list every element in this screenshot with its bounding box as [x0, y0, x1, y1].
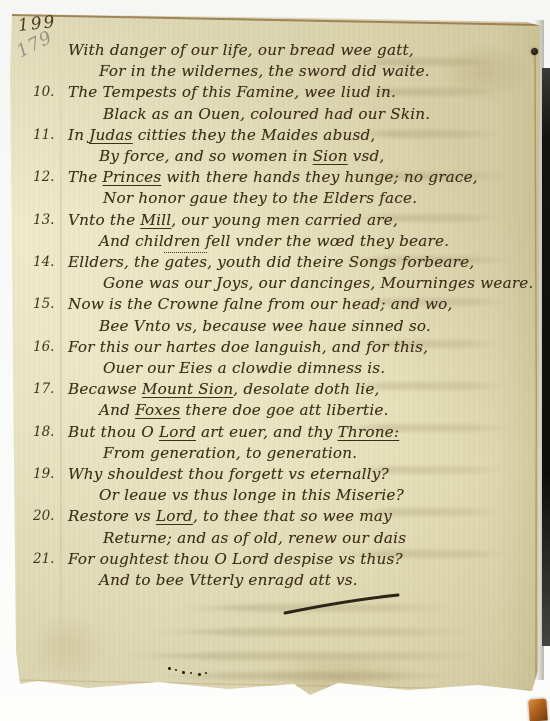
verse-text: With danger of our life, our bread wee g…: [68, 41, 414, 59]
end-flourish: [285, 595, 398, 613]
verse-lines: In Judas citties they the Maides abusd,B…: [68, 125, 504, 167]
verse-lines: Now is the Crowne falne from our head; a…: [68, 294, 504, 336]
verse-text: By force, and so women in: [99, 147, 313, 165]
verse-text: Bee Vnto vs, because wee haue sinned so.: [99, 317, 431, 335]
verse-number: 12.: [24, 167, 68, 188]
verse-text: art euer, and thy: [196, 423, 338, 441]
verse-text: In: [68, 126, 89, 144]
ghost-stroke: [148, 628, 478, 636]
verse-line-1: Ellders, the gates, youth did theire Son…: [68, 252, 534, 273]
verse-text: Nor honor gaue they to the Elders face.: [103, 189, 417, 207]
verse-number: 13.: [24, 210, 68, 231]
ghost-stroke: [178, 604, 458, 612]
verse-line-2: And Foxes there doe goe att libertie.: [99, 400, 504, 421]
verse-line-1: For this our hartes doe languish, and fo…: [68, 337, 504, 358]
verse-lines: Vnto the Mill, our young men carried are…: [68, 210, 504, 252]
paper-stain: [258, 652, 418, 702]
verse-lines: The Tempests of this Famine, wee liud in…: [68, 82, 504, 124]
ghost-stroke: [158, 672, 458, 680]
ink-speck: [198, 673, 201, 676]
ink-speck: [175, 669, 177, 671]
verse-lines: Becawse Mount Sion, desolate doth lie,An…: [68, 379, 504, 421]
wormhole-dot: [531, 48, 538, 55]
verse-row: 10.The Tempests of this Famine, wee liud…: [24, 82, 504, 124]
verse-row: 15.Now is the Crowne falne from our head…: [24, 294, 504, 336]
underlined-word: gates: [165, 253, 208, 271]
verse-number: 11.: [24, 125, 68, 146]
underlined-word: Mount Sion: [142, 380, 233, 398]
verse-text: vsd,: [348, 147, 385, 165]
verse-lines: For oughtest thou O Lord despise vs thus…: [68, 549, 504, 591]
verse-line-1: In Judas citties they the Maides abusd,: [68, 125, 504, 146]
verse-row: 11.In Judas citties they the Maides abus…: [24, 125, 504, 167]
verse-lines: Ellders, the gates, youth did theire Son…: [68, 252, 534, 294]
verse-text: , desolate doth lie,: [233, 380, 379, 398]
verse-text: But thou O: [68, 423, 159, 441]
verse-number: 19.: [24, 464, 68, 485]
verse-row: 18.But thou O Lord art euer, and thy Thr…: [24, 422, 504, 464]
verse-text: Returne; and as of old, renew our dais: [103, 529, 406, 547]
verse-lines: Restore vs Lord, to thee that so wee may…: [68, 506, 504, 548]
underlined-word: Judas: [89, 126, 132, 144]
verse-line-2: Or leaue vs thus longe in this Miserie?: [99, 485, 504, 506]
verse-lines: With danger of our life, our bread wee g…: [68, 40, 504, 82]
verse-line-1: With danger of our life, our bread wee g…: [68, 40, 504, 61]
ghost-stroke: [118, 652, 488, 660]
verse-line-2: Bee Vnto vs, because wee haue sinned so.: [99, 316, 504, 337]
verse-line-2: Black as an Ouen, coloured had our Skin.: [103, 104, 504, 125]
verse-row: 19.Why shouldest thou forgett vs eternal…: [24, 464, 504, 506]
verse-line-1: The Tempests of this Famine, wee liud in…: [68, 82, 504, 103]
verse-row: 21.For oughtest thou O Lord despise vs t…: [24, 549, 504, 591]
binding-gap: [542, 68, 550, 646]
verse-line-1: Becawse Mount Sion, desolate doth lie,: [68, 379, 504, 400]
verse-row: 13.Vnto the Mill, our young men carried …: [24, 210, 504, 252]
verse-line-2: Gone was our Joys, our dancinges, Mourni…: [103, 273, 534, 294]
ink-speck: [205, 672, 207, 674]
verse-text: For oughtest thou O Lord despise vs thus…: [68, 550, 403, 568]
bottom-edge-line: [16, 680, 530, 690]
verse-text: citties they the Maides abusd,: [133, 126, 376, 144]
verse-number: 16.: [24, 337, 68, 358]
verse-text: The: [68, 168, 103, 186]
binding-leather: [528, 698, 547, 721]
verse-line-1: Now is the Crowne falne from our head; a…: [68, 294, 504, 315]
verse-row: 12.The Princes with there hands they hun…: [24, 167, 504, 209]
paper-stain: [28, 612, 108, 682]
verse-line-1: For oughtest thou O Lord despise vs thus…: [68, 549, 504, 570]
fore-edge-line: [535, 48, 536, 680]
verse-row: 17.Becawse Mount Sion, desolate doth lie…: [24, 379, 504, 421]
underlined-word: Foxes: [135, 401, 180, 419]
verse-text: Black as an Ouen, coloured had our Skin.: [103, 105, 430, 123]
verse-text: Ellders, the: [68, 253, 165, 271]
verse-line-1: Why shouldest thou forgett vs eternally?: [68, 464, 504, 485]
verse-line-1: Restore vs Lord, to thee that so wee may: [68, 506, 504, 527]
verse-text: Ouer our Eies a clowdie dimness is.: [103, 359, 385, 377]
verse-text: , to thee that so wee may: [193, 507, 392, 525]
verse-text: Why shouldest thou forgett vs eternally?: [68, 465, 389, 483]
verse-text: For in the wildernes, the sword did wait…: [99, 62, 430, 80]
underlined-word: Lord: [156, 507, 193, 525]
verse-line-2: Returne; and as of old, renew our dais: [103, 528, 504, 549]
verse-number: 14.: [24, 252, 68, 273]
verse-line-2: And children fell vnder the wœd they bea…: [99, 231, 504, 252]
verse-text: The Tempests of this Famine, wee liud in…: [68, 83, 396, 101]
verse-text: there doe goe att libertie.: [180, 401, 388, 419]
ink-speck: [190, 672, 192, 674]
verse-line-2: For in the wildernes, the sword did wait…: [99, 61, 504, 82]
verse-lines: Why shouldest thou forgett vs eternally?…: [68, 464, 504, 506]
verse-lines: For this our hartes doe languish, and fo…: [68, 337, 504, 379]
ink-speck: [182, 671, 185, 674]
underlined-word: Sion: [313, 147, 348, 165]
verse-text: Or leaue vs thus longe in this Miserie?: [99, 486, 404, 504]
verse-line-1: The Princes with there hands they hunge;…: [68, 167, 504, 188]
verse-number: 18.: [24, 422, 68, 443]
verse-line-1: But thou O Lord art euer, and thy Throne…: [68, 422, 504, 443]
verse-line-1: Vnto the Mill, our young men carried are…: [68, 210, 504, 231]
verse-text: For this our hartes doe languish, and fo…: [68, 338, 428, 356]
verse-text: Becawse: [68, 380, 142, 398]
verse-text: And children fell vnder the wœd they bea…: [99, 232, 449, 250]
verse-text: Now is the Crowne falne from our head; a…: [68, 295, 453, 313]
verse-number: 15.: [24, 294, 68, 315]
underlined-word: Princes: [103, 168, 162, 186]
verse-text: , youth did theire Songs forbeare,: [207, 253, 474, 271]
verse-number: 21.: [24, 549, 68, 570]
underlined-word: Lord: [159, 423, 196, 441]
verse-row: With danger of our life, our bread wee g…: [24, 40, 504, 82]
verse-lines: But thou O Lord art euer, and thy Throne…: [68, 422, 504, 464]
verse-line-2: And to bee Vtterly enragd att vs.: [99, 570, 504, 591]
verse-line-2: From generation, to generation.: [103, 443, 504, 464]
verse-line-2: By force, and so women in Sion vsd,: [99, 146, 504, 167]
verse-text: From generation, to generation.: [103, 444, 357, 462]
verse-text: And to bee Vtterly enragd att vs.: [99, 571, 358, 589]
verse-text: Vnto the: [68, 211, 140, 229]
underlined-word: Throne:: [338, 423, 400, 441]
verse-number: 10.: [24, 82, 68, 103]
ink-speck: [168, 667, 171, 670]
verse-line-2: Ouer our Eies a clowdie dimness is.: [103, 358, 504, 379]
verse-text: Restore vs: [68, 507, 156, 525]
verse-text: Gone was our Joys, our dancinges, Mourni…: [103, 274, 534, 292]
verse-row: 16.For this our hartes doe languish, and…: [24, 337, 504, 379]
verse-number: 17.: [24, 379, 68, 400]
verse-line-2: Nor honor gaue they to the Elders face.: [103, 188, 504, 209]
verse-number: 20.: [24, 506, 68, 527]
manuscript-scan: 199 179 With danger of our life, our bre…: [0, 0, 550, 721]
verse-row: 14.Ellders, the gates, youth did theire …: [24, 252, 504, 294]
verse-text: , our young men carried are,: [171, 211, 398, 229]
verse-text: with there hands they hunge; no grace,: [161, 168, 478, 186]
verse-text: And: [99, 401, 135, 419]
verse-lines: The Princes with there hands they hunge;…: [68, 167, 504, 209]
poem-text: With danger of our life, our bread wee g…: [24, 40, 504, 591]
underlined-word: Mill: [140, 211, 171, 229]
verse-row: 20.Restore vs Lord, to thee that so wee …: [24, 506, 504, 548]
page-top-edge-line: [12, 15, 539, 25]
